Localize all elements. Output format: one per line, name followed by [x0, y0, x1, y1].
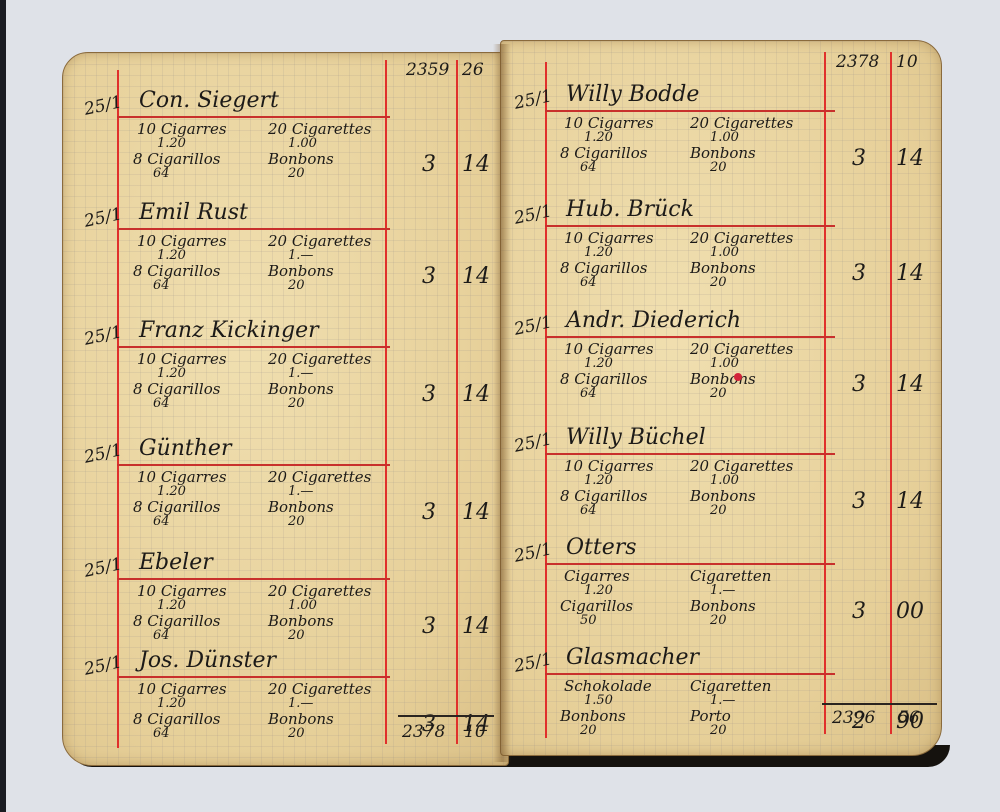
item-price: 20 — [710, 613, 727, 628]
customer-name: Emil Rust — [139, 200, 248, 225]
left-cents-rule — [456, 60, 458, 744]
item-label: 8 Cigarillos — [133, 710, 220, 728]
item-price: 20 — [288, 628, 305, 643]
item-price: 1.20 — [584, 130, 613, 145]
item-label: 20 Cigarettes — [690, 114, 793, 132]
entry-underline-rule — [545, 453, 835, 455]
entry-underline-rule — [117, 676, 390, 678]
entry-underline-rule — [545, 225, 835, 227]
left-carried-forward-cents: 26 — [462, 60, 484, 80]
entry-amount-main: 3 — [852, 599, 866, 624]
item-price: 1.— — [288, 366, 313, 381]
item-price: 1.00 — [710, 245, 739, 260]
item-price: 1.00 — [710, 130, 739, 145]
item-price: 20 — [288, 396, 305, 411]
entry-amount-main: 3 — [852, 489, 866, 514]
entry-amount-main: 3 — [422, 500, 436, 525]
item-price: 1.20 — [584, 356, 613, 371]
item-label: 8 Cigarillos — [133, 150, 220, 168]
item-price: 1.20 — [157, 484, 186, 499]
item-price: 20 — [710, 160, 727, 175]
item-price: 20 — [288, 514, 305, 529]
entry-amount-cents: 00 — [896, 599, 924, 624]
item-price: 64 — [580, 503, 597, 518]
item-price: 20 — [710, 386, 727, 401]
item-price: 20 — [288, 726, 305, 741]
right-cents-rule — [890, 52, 892, 734]
item-label: 20 Cigarettes — [268, 350, 371, 368]
item-label: 8 Cigarillos — [133, 612, 220, 630]
item-price: 64 — [153, 514, 170, 529]
item-label: 8 Cigarillos — [133, 380, 220, 398]
left-margin-rule — [117, 70, 119, 748]
entry-underline-rule — [545, 110, 835, 112]
item-label: 8 Cigarillos — [560, 487, 647, 505]
entry-amount-main: 3 — [422, 614, 436, 639]
entry-underline-rule — [117, 228, 390, 230]
item-price: 1.20 — [584, 583, 613, 598]
item-price: 20 — [288, 166, 305, 181]
item-price: 1.20 — [584, 473, 613, 488]
entry-underline-rule — [545, 563, 835, 565]
item-price: 1.— — [288, 248, 313, 263]
item-label: 20 Cigarettes — [690, 229, 793, 247]
right-page-total-cents: 56 — [898, 708, 920, 728]
left-sum-rule — [398, 715, 494, 717]
left-carried-forward-main: 2359 — [406, 60, 449, 80]
customer-name: Otters — [566, 535, 637, 560]
entry-amount-cents: 14 — [896, 261, 924, 286]
item-label: 20 Cigarettes — [268, 680, 371, 698]
item-price: 1.— — [288, 696, 313, 711]
entry-amount-cents: 14 — [462, 500, 490, 525]
item-price: 20 — [710, 723, 727, 738]
entry-amount-main: 3 — [852, 261, 866, 286]
customer-name: Willy Büchel — [566, 425, 706, 450]
item-price: 64 — [153, 396, 170, 411]
red-ink-stain — [734, 373, 742, 381]
item-price: 64 — [580, 160, 597, 175]
customer-name: Con. Siegert — [139, 88, 279, 113]
item-price: 64 — [153, 166, 170, 181]
right-margin-rule — [545, 62, 547, 738]
right-sum-rule — [822, 703, 937, 705]
item-price: 64 — [153, 278, 170, 293]
item-price: 1.20 — [157, 696, 186, 711]
entry-amount-main: 3 — [422, 152, 436, 177]
item-price: 1.00 — [710, 356, 739, 371]
item-price: 1.— — [710, 583, 735, 598]
left-page-total-cents: 10 — [464, 722, 486, 742]
item-price: 1.00 — [288, 598, 317, 613]
entry-amount-cents: 14 — [462, 264, 490, 289]
item-label: 20 Cigarettes — [268, 582, 371, 600]
right-page-total-main: 2396 — [832, 708, 875, 728]
entry-amount-cents: 14 — [462, 382, 490, 407]
item-label: 8 Cigarillos — [560, 144, 647, 162]
item-label: 8 Cigarillos — [560, 259, 647, 277]
item-price: 1.00 — [288, 136, 317, 151]
item-price: 64 — [580, 275, 597, 290]
item-label: 20 Cigarettes — [268, 468, 371, 486]
item-price: 1.00 — [710, 473, 739, 488]
item-price: 20 — [710, 503, 727, 518]
customer-name: Günther — [139, 436, 231, 461]
customer-name: Jos. Dünster — [139, 648, 276, 673]
scanner-edge — [0, 0, 6, 812]
right-carried-forward-cents: 10 — [896, 52, 918, 72]
item-label: 20 Cigarettes — [268, 232, 371, 250]
left-page-total-main: 2378 — [402, 722, 445, 742]
item-label: 8 Cigarillos — [560, 370, 647, 388]
item-price: 1.20 — [157, 248, 186, 263]
customer-name: Andr. Diederich — [566, 308, 741, 333]
item-label: 8 Cigarillos — [133, 498, 220, 516]
item-price: 50 — [580, 613, 597, 628]
entry-underline-rule — [545, 673, 835, 675]
entry-amount-cents: 14 — [462, 614, 490, 639]
right-carried-forward-main: 2378 — [836, 52, 879, 72]
item-price: 64 — [153, 726, 170, 741]
entry-amount-cents: 14 — [896, 146, 924, 171]
customer-name: Ebeler — [139, 550, 213, 575]
customer-name: Franz Kickinger — [139, 318, 319, 343]
entry-amount-cents: 14 — [896, 489, 924, 514]
item-price: 1.— — [710, 693, 735, 708]
entry-underline-rule — [117, 578, 390, 580]
entry-amount-main: 3 — [422, 382, 436, 407]
item-label: Cigarillos — [560, 597, 633, 615]
entry-amount-main: 3 — [852, 146, 866, 171]
entry-underline-rule — [117, 464, 390, 466]
item-price: 1.20 — [157, 366, 186, 381]
customer-name: Hub. Brück — [566, 197, 694, 222]
entry-amount-main: 3 — [422, 264, 436, 289]
entry-underline-rule — [117, 346, 390, 348]
item-price: 20 — [710, 275, 727, 290]
item-label: 20 Cigarettes — [690, 340, 793, 358]
item-label: 20 Cigarettes — [690, 457, 793, 475]
item-price: 1.20 — [157, 598, 186, 613]
customer-name: Willy Bodde — [566, 82, 699, 107]
entry-underline-rule — [117, 116, 390, 118]
customer-name: Glasmacher — [566, 645, 699, 670]
entry-underline-rule — [545, 336, 835, 338]
item-label: 20 Cigarettes — [268, 120, 371, 138]
item-price: 20 — [580, 723, 597, 738]
left-amount-rule — [385, 60, 387, 744]
item-price: 1.50 — [584, 693, 613, 708]
item-label: 8 Cigarillos — [133, 262, 220, 280]
item-price: 64 — [580, 386, 597, 401]
item-price: 20 — [288, 278, 305, 293]
entry-amount-cents: 14 — [462, 152, 490, 177]
item-price: 64 — [153, 628, 170, 643]
item-price: 1.20 — [584, 245, 613, 260]
entry-amount-cents: 14 — [896, 372, 924, 397]
right-amount-rule — [824, 52, 826, 734]
entry-amount-main: 3 — [852, 372, 866, 397]
item-price: 1.20 — [157, 136, 186, 151]
item-price: 1.— — [288, 484, 313, 499]
